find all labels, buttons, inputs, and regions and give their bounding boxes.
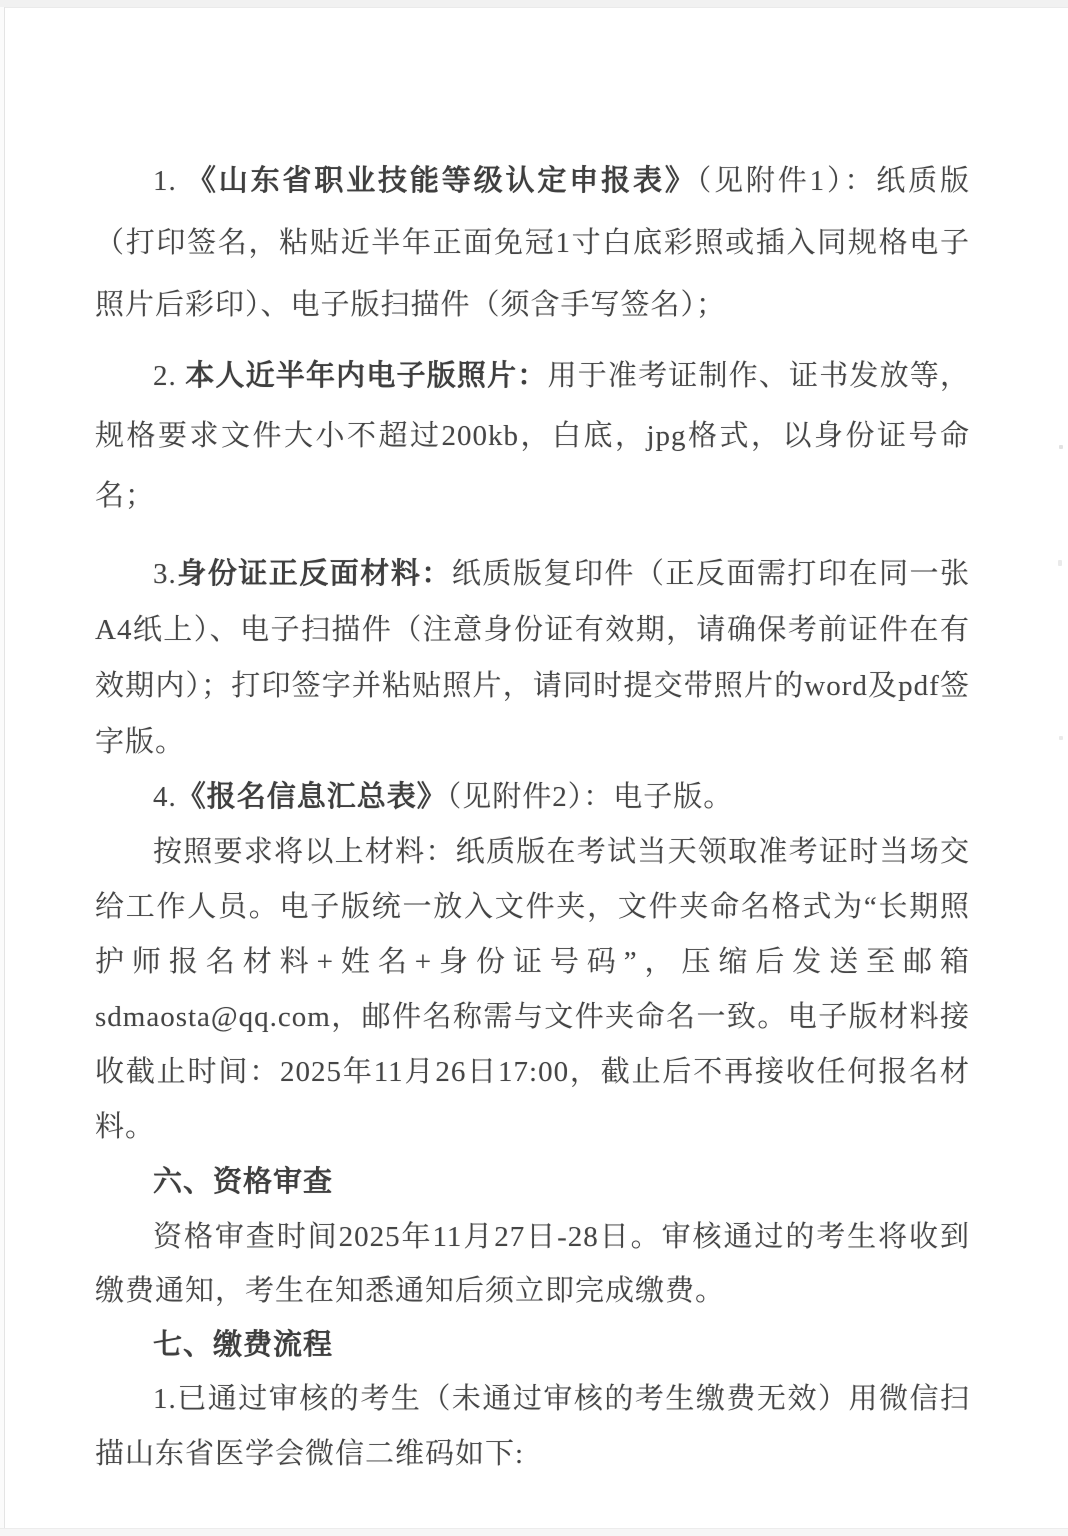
paragraph: 资格审查时间2025年11月27日-28日。审核通过的考生将收到缴费通知，考生在… (95, 1210, 970, 1318)
paragraph: 按照要求将以上材料：纸质版在考试当天领取准考证时当场交给工作人员。电子版统一放入… (95, 825, 970, 1155)
text-run: 4. (153, 781, 177, 813)
paragraph: 2. 本人近半年内电子版照片：用于准考证制作、证书发放等，规格要求文件大小不超过… (95, 346, 970, 526)
paragraph: 4.《报名信息汇总表》（见附件2）：电子版。 (95, 770, 970, 825)
emphasis-text: 《报名信息汇总表》 (177, 781, 447, 813)
scan-edge-bottom (0, 1528, 1068, 1536)
text-run: （见附件2）：电子版。 (447, 781, 734, 813)
scan-artifact (1059, 445, 1063, 449)
emphasis-text: 《山东省职业技能等级认定申报表》 (187, 165, 697, 197)
scan-edge-left (4, 7, 5, 1536)
text-run: 1.已通过审核的考生（未通过审核的考生缴费无效）用微信扫描山东省医学会微信二维码… (95, 1383, 970, 1470)
emphasis-text: 本人近半年内电子版照片： (185, 360, 547, 392)
text-run: 3. (153, 558, 177, 590)
section-heading: 七、缴费流程 (95, 1318, 970, 1372)
emphasis-text: 身份证正反面材料： (177, 558, 452, 590)
document-page: 1. 《山东省职业技能等级认定申报表》（见附件1）：纸质版（打印签名，粘贴近半年… (0, 0, 1068, 1536)
text-run: 2. (153, 360, 185, 392)
paragraph: 3.身份证正反面材料：纸质版复印件（正反面需打印在同一张A4纸上）、电子扫描件（… (95, 546, 970, 770)
scan-artifact (1059, 736, 1063, 740)
emphasis-text: 六、资格审查 (153, 1166, 333, 1198)
text-run: 资格审查时间2025年11月27日-28日。审核通过的考生将收到缴费通知，考生在… (95, 1221, 970, 1307)
paragraph: 1. 《山东省职业技能等级认定申报表》（见附件1）：纸质版（打印签名，粘贴近半年… (95, 150, 970, 336)
scan-artifact (1058, 560, 1062, 566)
text-run: 1. (153, 165, 187, 197)
emphasis-text: 七、缴费流程 (153, 1329, 333, 1361)
scan-edge-top (0, 0, 1068, 8)
section-heading: 六、资格审查 (95, 1155, 970, 1210)
text-run: 按照要求将以上材料：纸质版在考试当天领取准考证时当场交给工作人员。电子版统一放入… (95, 836, 970, 1143)
document-body: 1. 《山东省职业技能等级认定申报表》（见附件1）：纸质版（打印签名，粘贴近半年… (95, 150, 970, 1482)
paragraph: 1.已通过审核的考生（未通过审核的考生缴费无效）用微信扫描山东省医学会微信二维码… (95, 1372, 970, 1482)
